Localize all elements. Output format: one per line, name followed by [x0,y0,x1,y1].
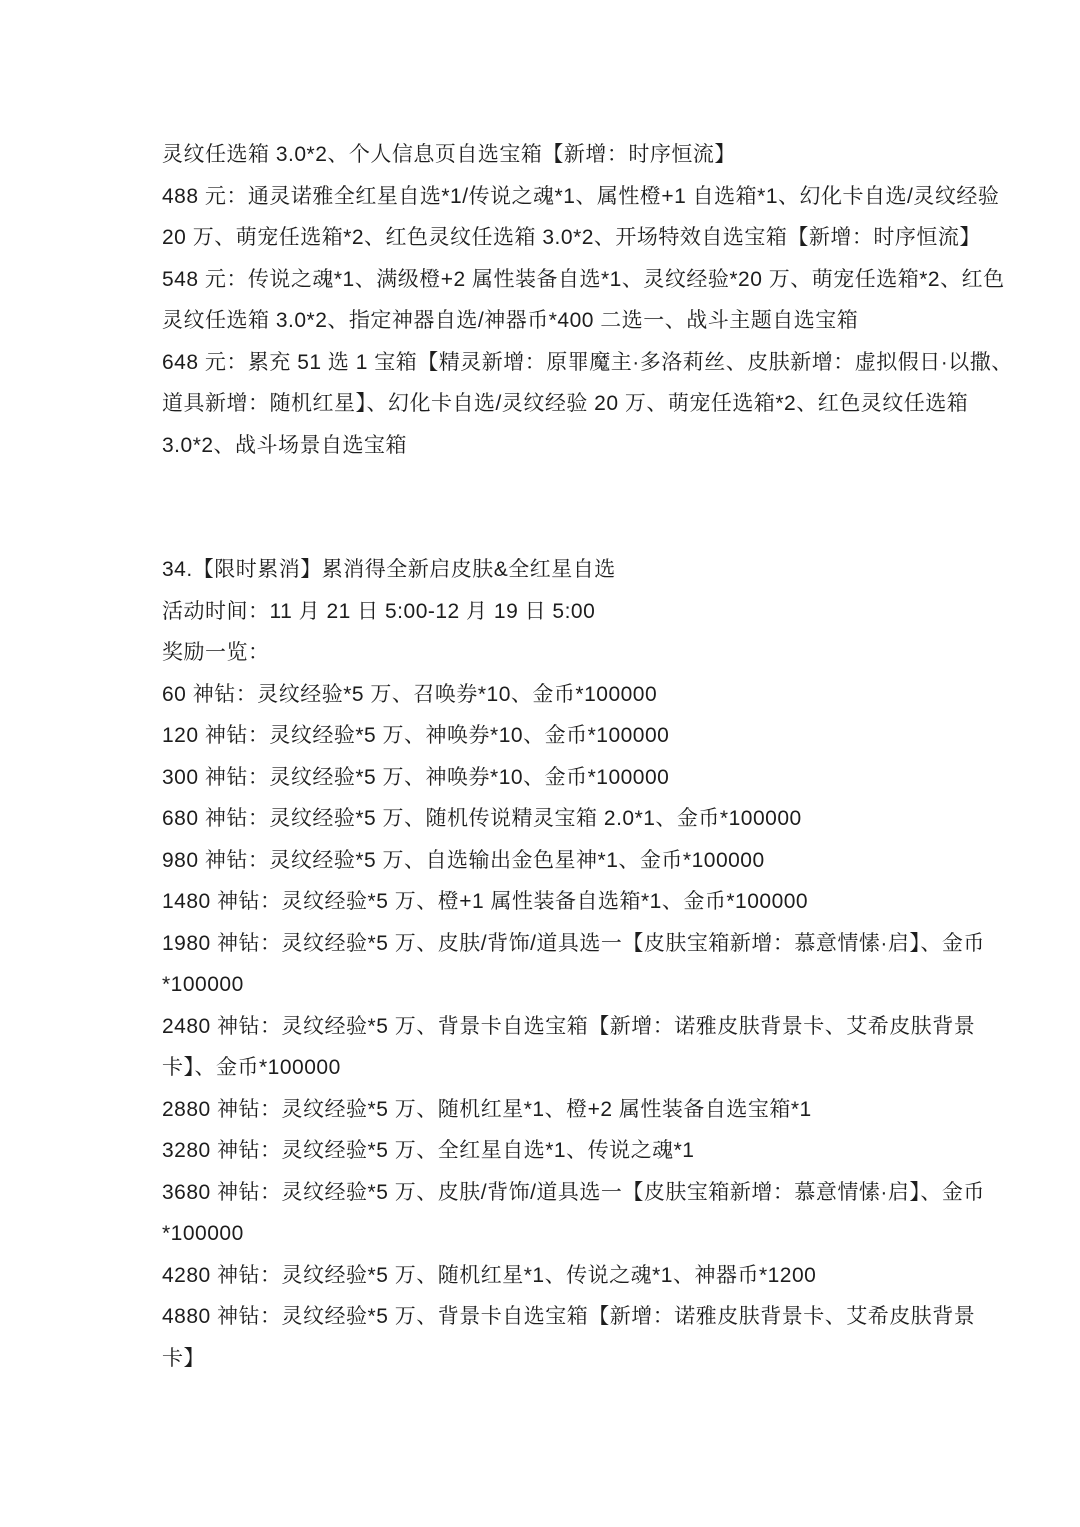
reward-2480-line-2: 卡】、金币*100000 [162,1047,937,1089]
reward-2480-line-1: 2480 神钻：灵纹经验*5 万、背景卡自选宝箱【新增：诺雅皮肤背景卡、艾希皮肤… [162,1006,937,1048]
reward-4280: 4280 神钻：灵纹经验*5 万、随机红星*1、传说之魂*1、神器币*1200 [162,1255,937,1297]
tier-548-line-2: 灵纹任选箱 3.0*2、指定神器自选/神器币*400 二选一、战斗主题自选宝箱 [162,300,937,342]
reward-3680-line-1: 3680 神钻：灵纹经验*5 万、皮肤/背饰/道具选一【皮肤宝箱新增：慕意情愫·… [162,1172,937,1214]
section-gap [162,466,937,549]
reward-120: 120 神钻：灵纹经验*5 万、神唤券*10、金币*100000 [162,715,937,757]
document-body: 灵纹任选箱 3.0*2、个人信息页自选宝箱【新增：时序恒流】 488 元：通灵诺… [162,134,937,1379]
reward-1980-line-1: 1980 神钻：灵纹经验*5 万、皮肤/背饰/道具选一【皮肤宝箱新增：慕意情愫·… [162,923,937,965]
reward-3680-line-2: *100000 [162,1213,937,1255]
tier-488-line-1: 488 元：通灵诺雅全红星自选*1/传说之魂*1、属性橙+1 自选箱*1、幻化卡… [162,176,937,218]
activity-time: 活动时间：11 月 21 日 5:00-12 月 19 日 5:00 [162,591,937,633]
activity-34-heading: 34.【限时累消】累消得全新启皮肤&全红星自选 [162,549,937,591]
section-recharge-tiers: 灵纹任选箱 3.0*2、个人信息页自选宝箱【新增：时序恒流】 488 元：通灵诺… [162,134,937,466]
reward-680: 680 神钻：灵纹经验*5 万、随机传说精灵宝箱 2.0*1、金币*100000 [162,798,937,840]
reward-4880-line-2: 卡】 [162,1338,937,1380]
tier-648-line-1: 648 元：累充 51 选 1 宝箱【精灵新增：原罪魔主·多洛莉丝、皮肤新增：虚… [162,342,937,384]
reward-4880-line-1: 4880 神钻：灵纹经验*5 万、背景卡自选宝箱【新增：诺雅皮肤背景卡、艾希皮肤… [162,1296,937,1338]
tier-648-line-2: 道具新增：随机红星】、幻化卡自选/灵纹经验 20 万、萌宠任选箱*2、红色灵纹任… [162,383,937,425]
tier-488-line-2: 20 万、萌宠任选箱*2、红色灵纹任选箱 3.0*2、开场特效自选宝箱【新增：时… [162,217,937,259]
tier-continuation-line: 灵纹任选箱 3.0*2、个人信息页自选宝箱【新增：时序恒流】 [162,134,937,176]
reward-300: 300 神钻：灵纹经验*5 万、神唤券*10、金币*100000 [162,757,937,799]
reward-2880: 2880 神钻：灵纹经验*5 万、随机红星*1、橙+2 属性装备自选宝箱*1 [162,1089,937,1131]
section-activity-34: 34.【限时累消】累消得全新启皮肤&全红星自选 活动时间：11 月 21 日 5… [162,549,937,1379]
tier-548-line-1: 548 元：传说之魂*1、满级橙+2 属性装备自选*1、灵纹经验*20 万、萌宠… [162,259,937,301]
reward-3280: 3280 神钻：灵纹经验*5 万、全红星自选*1、传说之魂*1 [162,1130,937,1172]
tier-648-line-3: 3.0*2、战斗场景自选宝箱 [162,425,937,467]
reward-1980-line-2: *100000 [162,964,937,1006]
reward-1480: 1480 神钻：灵纹经验*5 万、橙+1 属性装备自选箱*1、金币*100000 [162,881,937,923]
rewards-label: 奖励一览： [162,632,937,674]
reward-60: 60 神钻：灵纹经验*5 万、召唤券*10、金币*100000 [162,674,937,716]
reward-980: 980 神钻：灵纹经验*5 万、自选输出金色星神*1、金币*100000 [162,840,937,882]
